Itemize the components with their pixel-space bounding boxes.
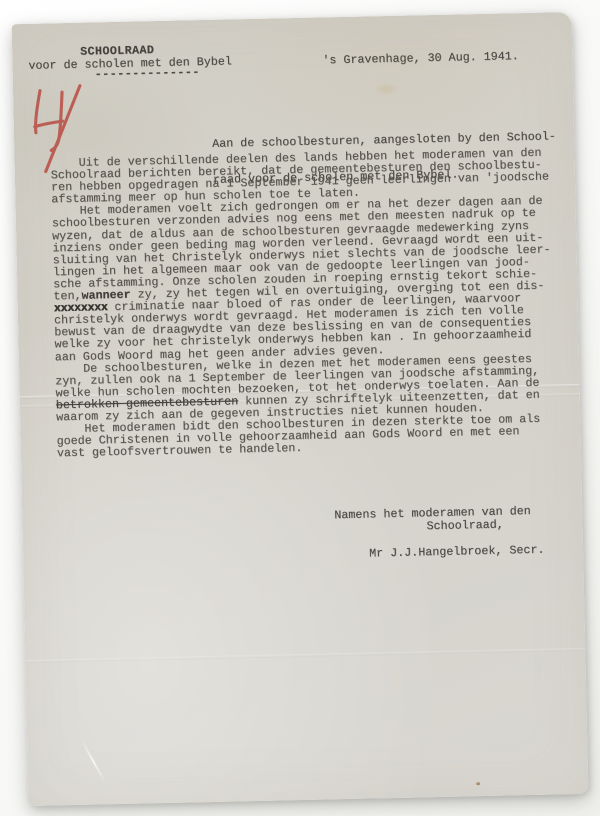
paper-fleck (476, 782, 480, 785)
body-text: Uit de verschillende deelen des lands he… (50, 146, 568, 459)
closing-line: Schoolraad, (426, 519, 503, 533)
fold-crease (25, 648, 585, 663)
signature-line: Mr J.J.Hangelbroek, Secr. (369, 544, 545, 560)
dateline: 's Gravenhage, 30 Aug. 1941. (322, 50, 519, 66)
letterhead-underline: -------------- (95, 66, 200, 80)
photo-background: SCHOOLRAAD voor de scholen met den Bybel… (0, 0, 600, 816)
paper-scratch (81, 740, 106, 783)
letter-paper: SCHOOLRAAD voor de scholen met den Bybel… (12, 12, 589, 806)
paper-stain (373, 82, 399, 97)
